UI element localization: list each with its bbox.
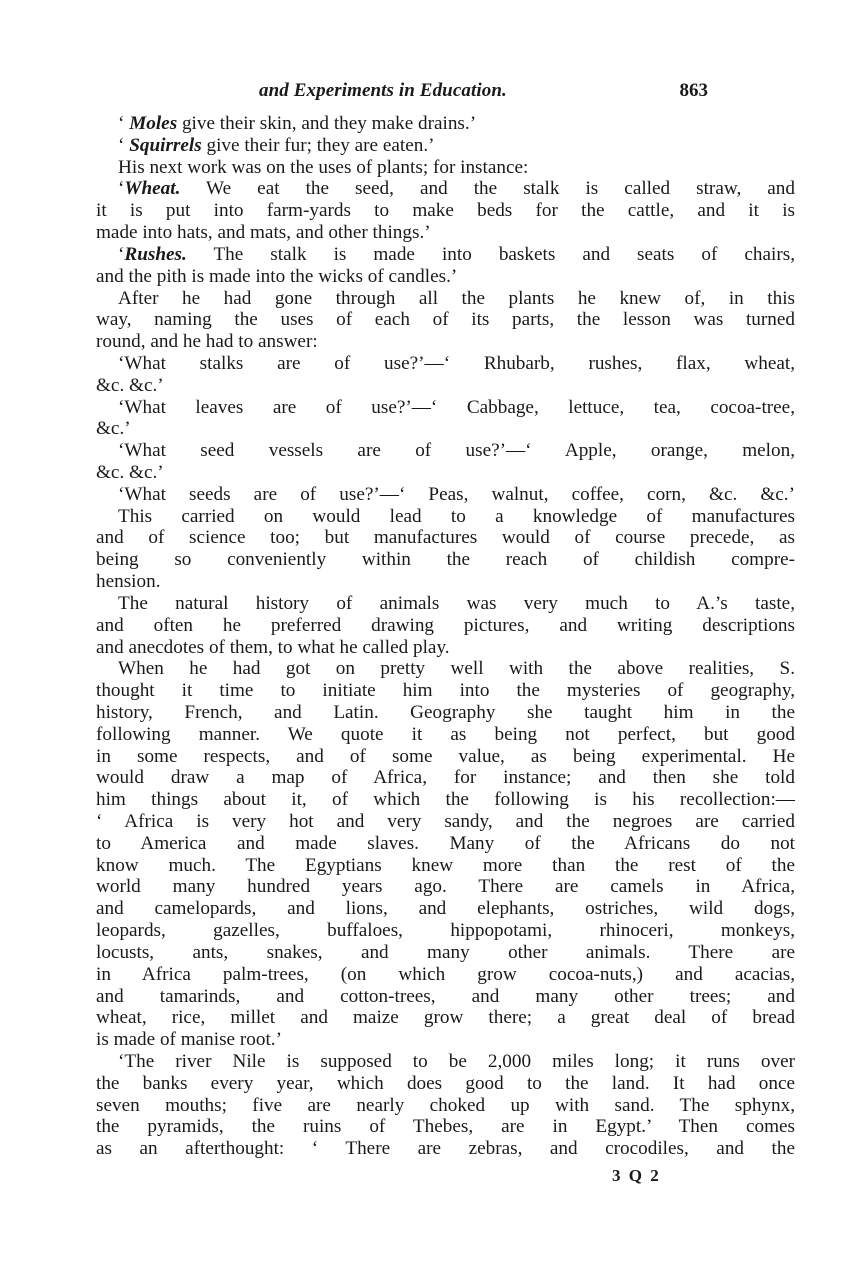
text-line: to America and made slaves. Many of the … <box>96 833 795 855</box>
line-text: the pyramids, the ruins of Thebes, are i… <box>96 1116 795 1137</box>
text-line: ‘What seed vessels are of use?’—‘ Apple,… <box>96 440 795 462</box>
emphasized-term: Wheat. <box>124 178 180 199</box>
text-line: way, naming the uses of each of its part… <box>96 309 795 331</box>
line-text: and tamarinds, and cotton-trees, and man… <box>96 986 795 1007</box>
text-line: history, French, and Latin. Geography sh… <box>96 702 795 724</box>
text-line: and camelopards, and lions, and elephant… <box>96 898 795 920</box>
open-quote: ‘ <box>118 135 129 156</box>
line-text: and anecdotes of them, to what he called… <box>96 637 450 658</box>
text-line: When he had got on pretty well with the … <box>96 658 795 680</box>
line-text: following manner. We quote it as being n… <box>96 724 795 745</box>
line-text: and the pith is made into the wicks of c… <box>96 266 457 287</box>
line-text: &c. &c.’ <box>96 462 164 483</box>
line-text: The natural history of animals was very … <box>118 593 795 614</box>
text-line: and often he preferred drawing pictures,… <box>96 615 795 637</box>
text-line: &c. &c.’ <box>96 375 795 397</box>
line-text: seven mouths; five are nearly choked up … <box>96 1095 795 1116</box>
line-text: &c.’ <box>96 418 131 439</box>
text-line: thought it time to initiate him into the… <box>96 680 795 702</box>
text-line: world many hundred years ago. There are … <box>96 876 795 898</box>
text-line: &c.’ <box>96 418 795 440</box>
line-text: in Africa palm-trees, (on which grow coc… <box>96 964 795 985</box>
text-line: ‘ Moles give their skin, and they make d… <box>96 113 795 135</box>
line-text: ‘ Africa is very hot and very sandy, and… <box>96 811 795 832</box>
text-line: as an afterthought: ‘ There are zebras, … <box>96 1138 795 1160</box>
line-text: it is put into farm-yards to make beds f… <box>96 200 795 221</box>
text-line: ‘Rushes. The stalk is made into baskets … <box>96 244 795 266</box>
text-line: locusts, ants, snakes, and many other an… <box>96 942 795 964</box>
running-title: and Experiments in Education. <box>259 80 507 102</box>
line-text: ‘What seed vessels are of use?’—‘ Apple,… <box>118 440 795 461</box>
line-text: His next work was on the uses of plants;… <box>118 157 528 178</box>
line-text: and of science too; but manufactures wou… <box>96 527 795 548</box>
line-text: When he had got on pretty well with the … <box>118 658 795 679</box>
text-line: &c. &c.’ <box>96 462 795 484</box>
body-text: ‘ Moles give their skin, and they make d… <box>96 113 795 1160</box>
open-quote: ‘ <box>118 113 129 134</box>
text-line: know much. The Egyptians knew more than … <box>96 855 795 877</box>
line-text: &c. &c.’ <box>96 375 164 396</box>
text-line: being so conveniently within the reach o… <box>96 549 795 571</box>
text-line: seven mouths; five are nearly choked up … <box>96 1095 795 1117</box>
text-line: wheat, rice, millet and maize grow there… <box>96 1007 795 1029</box>
line-text: thought it time to initiate him into the… <box>96 680 795 701</box>
text-line: ‘What leaves are of use?’—‘ Cabbage, let… <box>96 397 795 419</box>
text-line: ‘What seeds are of use?’—‘ Peas, walnut,… <box>96 484 795 506</box>
line-text: This carried on would lead to a knowledg… <box>118 506 795 527</box>
line-text: wheat, rice, millet and maize grow there… <box>96 1007 795 1028</box>
text-line: is made of manise root.’ <box>96 1029 795 1051</box>
page-number: 863 <box>680 80 709 102</box>
line-text: in some respects, and of some value, as … <box>96 746 795 767</box>
text-line: ‘ Africa is very hot and very sandy, and… <box>96 811 795 833</box>
text-line: round, and he had to answer: <box>96 331 795 353</box>
text-line: hension. <box>96 571 795 593</box>
text-line: ‘What stalks are of use?’—‘ Rhubarb, rus… <box>96 353 795 375</box>
line-text: and often he preferred drawing pictures,… <box>96 615 795 636</box>
line-text: know much. The Egyptians knew more than … <box>96 855 795 876</box>
text-line: and anecdotes of them, to what he called… <box>96 637 795 659</box>
line-text: The stalk is made into baskets and seats… <box>187 244 795 265</box>
text-line: the banks every year, which does good to… <box>96 1073 795 1095</box>
line-text: We eat the seed, and the stalk is called… <box>180 178 795 199</box>
running-head: and Experiments in Education. 863 <box>96 80 796 104</box>
text-line: and tamarinds, and cotton-trees, and man… <box>96 986 795 1008</box>
text-line: This carried on would lead to a knowledg… <box>96 506 795 528</box>
line-text: him things about it, of which the follow… <box>96 789 795 810</box>
line-text: the banks every year, which does good to… <box>96 1073 795 1094</box>
line-text: and camelopards, and lions, and elephant… <box>96 898 795 919</box>
emphasized-term: Rushes. <box>124 244 186 265</box>
line-text: hension. <box>96 571 161 592</box>
line-text: ‘What leaves are of use?’—‘ Cabbage, let… <box>118 397 795 418</box>
text-line: and the pith is made into the wicks of c… <box>96 266 795 288</box>
line-text: would draw a map of Africa, for instance… <box>96 767 795 788</box>
line-text: being so conveniently within the reach o… <box>96 549 795 570</box>
text-line: ‘ Squirrels give their fur; they are eat… <box>96 135 795 157</box>
line-text: world many hundred years ago. There are … <box>96 876 795 897</box>
line-text: leopards, gazelles, buffaloes, hippopota… <box>96 920 795 941</box>
line-text: ‘What stalks are of use?’—‘ Rhubarb, rus… <box>118 353 795 374</box>
text-line: ‘Wheat. We eat the seed, and the stalk i… <box>96 178 795 200</box>
book-page: and Experiments in Education. 863 ‘ Mole… <box>0 0 858 1282</box>
line-text: give their fur; they are eaten.’ <box>202 135 435 156</box>
line-text: locusts, ants, snakes, and many other an… <box>96 942 795 963</box>
line-text: as an afterthought: ‘ There are zebras, … <box>96 1138 795 1159</box>
line-text: ‘The river Nile is supposed to be 2,000 … <box>118 1051 795 1072</box>
line-text: to America and made slaves. Many of the … <box>96 833 795 854</box>
text-line: leopards, gazelles, buffaloes, hippopota… <box>96 920 795 942</box>
text-line: ‘The river Nile is supposed to be 2,000 … <box>96 1051 795 1073</box>
text-line: His next work was on the uses of plants;… <box>96 157 795 179</box>
text-line: After he had gone through all the plants… <box>96 288 795 310</box>
text-line: him things about it, of which the follow… <box>96 789 795 811</box>
text-line: in some respects, and of some value, as … <box>96 746 795 768</box>
line-text: ‘What seeds are of use?’—‘ Peas, walnut,… <box>118 484 795 505</box>
signature-mark: 3 Q 2 <box>612 1166 661 1186</box>
line-text: made into hats, and mats, and other thin… <box>96 222 431 243</box>
text-line: and of science too; but manufactures wou… <box>96 527 795 549</box>
text-line: made into hats, and mats, and other thin… <box>96 222 795 244</box>
line-text: After he had gone through all the plants… <box>118 288 795 309</box>
text-line: the pyramids, the ruins of Thebes, are i… <box>96 1116 795 1138</box>
text-line: would draw a map of Africa, for instance… <box>96 767 795 789</box>
line-text: history, French, and Latin. Geography sh… <box>96 702 795 723</box>
line-text: give their skin, and they make drains.’ <box>177 113 476 134</box>
emphasized-term: Moles <box>129 113 177 134</box>
emphasized-term: Squirrels <box>129 135 202 156</box>
text-line: following manner. We quote it as being n… <box>96 724 795 746</box>
text-line: it is put into farm-yards to make beds f… <box>96 200 795 222</box>
text-line: The natural history of animals was very … <box>96 593 795 615</box>
line-text: round, and he had to answer: <box>96 331 318 352</box>
line-text: is made of manise root.’ <box>96 1029 282 1050</box>
line-text: way, naming the uses of each of its part… <box>96 309 795 330</box>
text-line: in Africa palm-trees, (on which grow coc… <box>96 964 795 986</box>
